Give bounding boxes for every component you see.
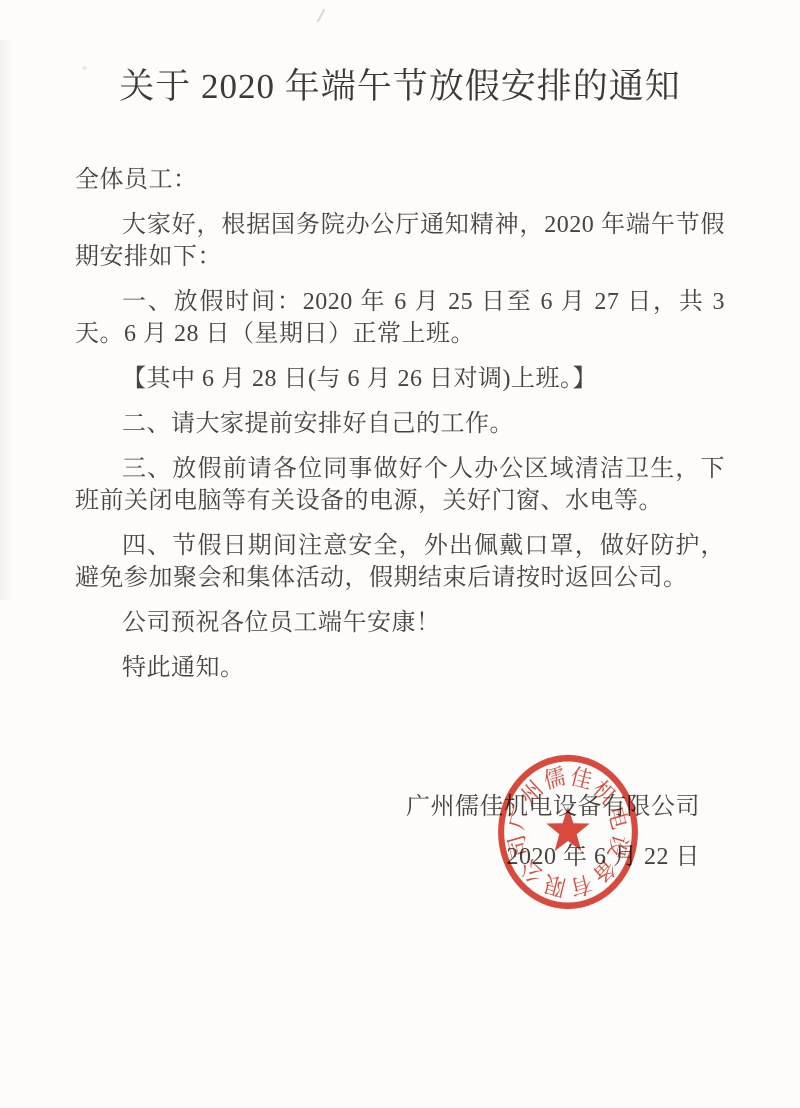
seal-character: 司 <box>504 832 533 861</box>
seal-character: 广 <box>504 803 533 832</box>
company-seal-stamp-icon: 广州儒佳机电设备有限公司 <box>492 750 644 914</box>
scan-edge-artifact <box>0 40 13 600</box>
notice-salutation: 全体员工： <box>75 164 725 196</box>
seal-character: 电 <box>603 803 632 832</box>
seal-character: 限 <box>541 870 568 901</box>
notice-paragraph-item-3: 三、放假前请各位同事做好个人办公区域清洁卫生，下班前关闭电脑等有关设备的电源，关… <box>75 453 725 517</box>
notice-paragraph-closing: 特此通知。 <box>75 652 725 684</box>
notice-paragraph-swap-note: 【其中 6 月 28 日(与 6 月 26 日对调)上班。】 <box>75 363 725 395</box>
notice-paragraph-wishes: 公司预祝各位员工端午安康！ <box>75 607 725 639</box>
notice-paragraph-item-4: 四、节假日期间注意安全，外出佩戴口罩，做好防护，避免参加聚会和集体活动，假期结束… <box>75 530 725 594</box>
notice-title: 关于 2020 年端午节放假安排的通知 <box>75 64 725 110</box>
notice-paragraph-item-1: 一、放假时间：2020 年 6 月 25 日至 6 月 27 日，共 3 天。6… <box>75 286 725 350</box>
scan-speck-artifact <box>82 66 87 70</box>
seal-character: 有 <box>568 870 595 901</box>
notice-document-page: 关于 2020 年端午节放假安排的通知 全体员工： 大家好，根据国务院办公厅通知… <box>0 0 800 1108</box>
notice-paragraph-item-2: 二、请大家提前安排好自己的工作。 <box>75 408 725 440</box>
seal-character: 设 <box>603 832 632 861</box>
scan-scratch-artifact <box>317 8 326 22</box>
notice-paragraph-intro: 大家好，根据国务院办公厅通知精神，2020 年端午节假期安排如下： <box>75 209 725 273</box>
seal-character: 儒 <box>541 763 568 794</box>
seal-star-icon <box>546 807 589 852</box>
seal-character: 佳 <box>568 763 595 794</box>
